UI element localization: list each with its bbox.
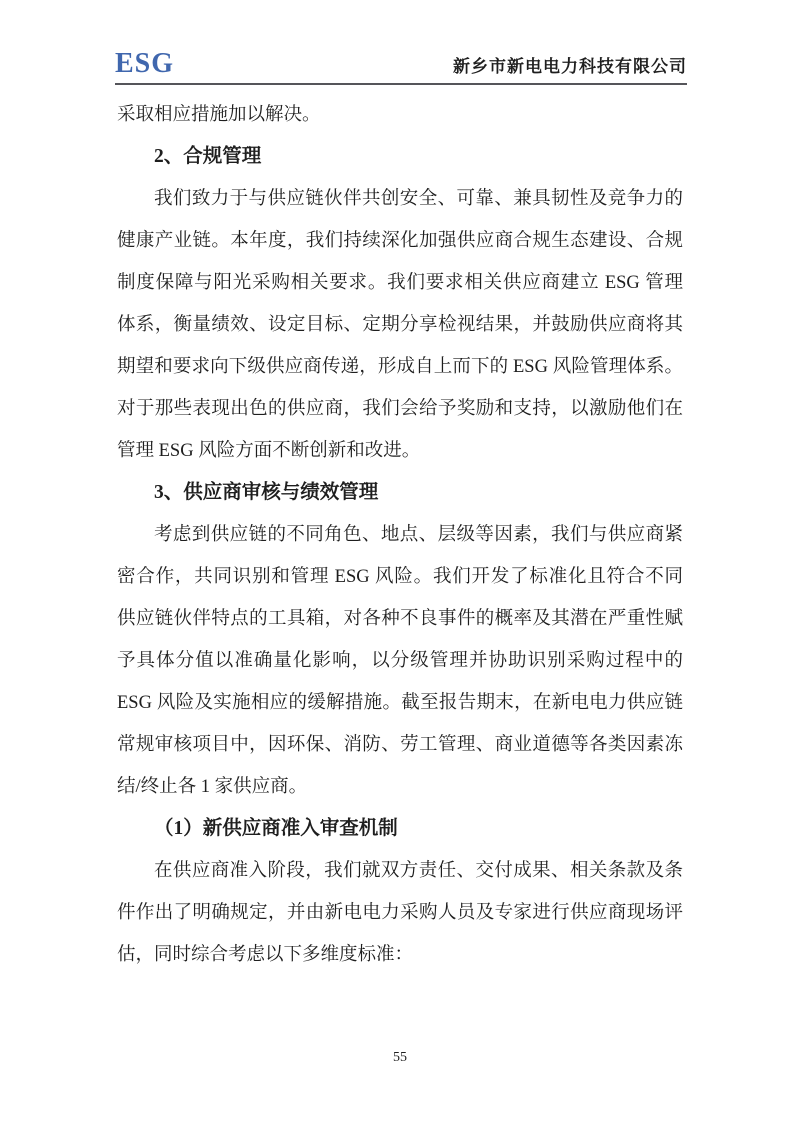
body-line: 密合作，共同识别和管理 ESG 风险。我们开发了标准化且符合不同 <box>117 556 683 598</box>
body-line: 我们致力于与供应链伙伴共创安全、可靠、兼具韧性及竞争力的 <box>117 178 683 220</box>
body-line: 考虑到供应链的不同角色、地点、层级等因素，我们与供应商紧 <box>117 514 683 556</box>
body-line: 期望和要求向下级供应商传递，形成自上而下的 ESG 风险管理体系。 <box>117 346 683 388</box>
report-page: ESG 新乡市新电电力科技有限公司 采取相应措施加以解决。2、合规管理我们致力于… <box>0 0 800 1131</box>
body-line: 供应链伙伴特点的工具箱，对各种不良事件的概率及其潜在严重性赋 <box>117 598 683 640</box>
body-line: 管理 ESG 风险方面不断创新和改进。 <box>117 430 683 472</box>
page-footer: 55 <box>0 1048 800 1066</box>
company-name: 新乡市新电电力科技有限公司 <box>453 58 687 75</box>
esg-logo: ESG <box>115 50 174 78</box>
section-heading: （1）新供应商准入审查机制 <box>117 808 683 850</box>
body-line: 在供应商准入阶段，我们就双方责任、交付成果、相关条款及条 <box>117 850 683 892</box>
page-header: ESG 新乡市新电电力科技有限公司 <box>115 50 687 85</box>
section-heading: 3、供应商审核与绩效管理 <box>117 472 683 514</box>
section-heading: 2、合规管理 <box>117 136 683 178</box>
body-line: 常规审核项目中，因环保、消防、劳工管理、商业道德等各类因素冻 <box>117 724 683 766</box>
body-line: ESG 风险及实施相应的缓解措施。截至报告期末，在新电电力供应链 <box>117 682 683 724</box>
body-line: 制度保障与阳光采购相关要求。我们要求相关供应商建立 ESG 管理 <box>117 262 683 304</box>
body-line: 结/终止各 1 家供应商。 <box>117 766 683 808</box>
body-line: 健康产业链。本年度，我们持续深化加强供应商合规生态建设、合规 <box>117 220 683 262</box>
body-line: 件作出了明确规定，并由新电电力采购人员及专家进行供应商现场评 <box>117 892 683 934</box>
document-body: 采取相应措施加以解决。2、合规管理我们致力于与供应链伙伴共创安全、可靠、兼具韧性… <box>117 94 683 976</box>
body-line: 对于那些表现出色的供应商，我们会给予奖励和支持，以激励他们在 <box>117 388 683 430</box>
body-line: 采取相应措施加以解决。 <box>117 94 683 136</box>
page-number: 55 <box>393 1050 407 1065</box>
body-line: 体系，衡量绩效、设定目标、定期分享检视结果，并鼓励供应商将其 <box>117 304 683 346</box>
body-line: 估，同时综合考虑以下多维度标准： <box>117 934 683 976</box>
body-line: 予具体分值以准确量化影响，以分级管理并协助识别采购过程中的 <box>117 640 683 682</box>
